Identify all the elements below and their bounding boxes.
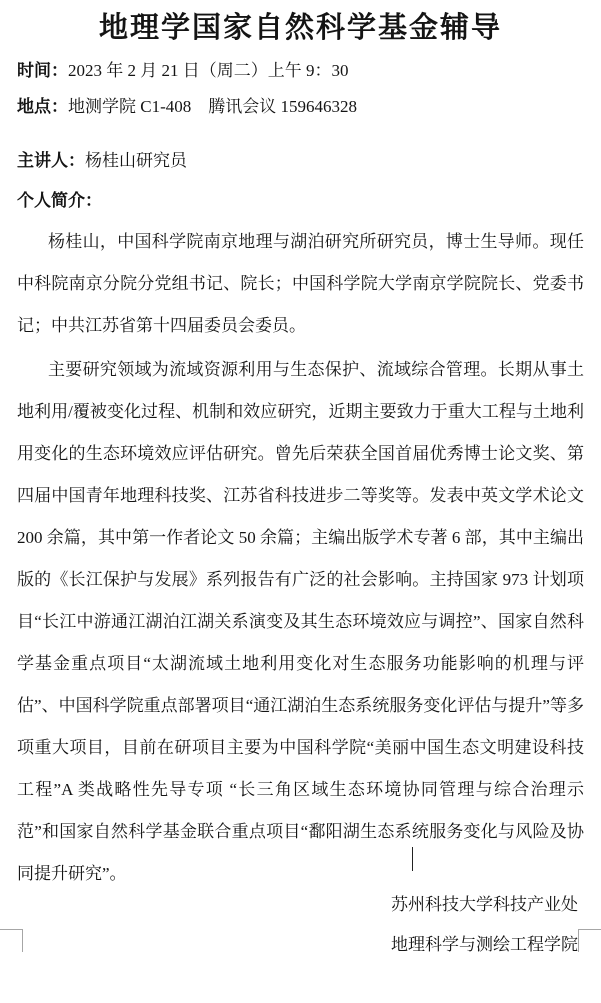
document-title: 地理学国家自然科学基金辅导 xyxy=(17,0,584,45)
text-boundary-mark-left xyxy=(0,929,23,952)
text-boundary-mark-right xyxy=(578,929,601,952)
location-line: 地点：地测学院 C1-408 腾讯会议 159646328 xyxy=(17,95,584,119)
text-cursor xyxy=(412,847,413,871)
time-value: 2023 年 2 月 21 日（周二）上午 9：30 xyxy=(68,61,349,80)
bio-paragraph-1: 杨桂山，中国科学院南京地理与湖泊研究所研究员，博士生导师。现任中科院南京分院分党… xyxy=(17,221,584,347)
speaker-label: 主讲人： xyxy=(17,151,85,170)
time-label: 时间： xyxy=(17,61,68,80)
document-page[interactable]: 地理学国家自然科学基金辅导 时间：2023 年 2 月 21 日（周二）上午 9… xyxy=(0,0,601,1003)
location-label: 地点： xyxy=(17,97,68,116)
signature-line-2: 地理科学与测绘工程学院 xyxy=(17,925,578,965)
speaker-value: 杨桂山研究员 xyxy=(85,151,187,170)
location-value: 地测学院 C1-408 腾讯会议 159646328 xyxy=(68,97,357,116)
bio-paragraph-2: 主要研究领域为流域资源利用与生态保护、流域综合管理。长期从事土地利用/覆被变化过… xyxy=(17,349,584,895)
signature-block: 苏州科技大学科技产业处 地理科学与测绘工程学院 xyxy=(17,885,584,965)
time-line: 时间：2023 年 2 月 21 日（周二）上午 9：30 xyxy=(17,59,584,83)
speaker-line: 主讲人：杨桂山研究员 xyxy=(17,149,584,173)
bio-heading: 个人简介： xyxy=(17,189,584,213)
